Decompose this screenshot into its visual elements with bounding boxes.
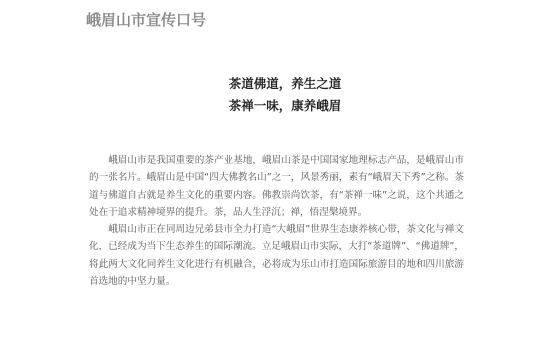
body-text: 峨眉山市是我国重要的茶产业基地，峨眉山茶是中国国家地理标志产品，是峨眉山市的一张… (89, 152, 464, 290)
document-title: 峨眉山市宣传口号 (86, 9, 206, 30)
slogan-line-2: 茶禅一味，康养峨眉 (30, 95, 540, 117)
slogan-line-1: 茶道佛道，养生之道 (30, 73, 540, 95)
slogan-block: 茶道佛道，养生之道 茶禅一味，康养峨眉 (0, 73, 540, 117)
paragraph-2: 峨眉山市正在同周边兄弟县市全力打造“大峨眉”世界生态康养核心带，茶文化与禅文化，… (89, 221, 464, 290)
paragraph-1: 峨眉山市是我国重要的茶产业基地，峨眉山茶是中国国家地理标志产品，是峨眉山市的一张… (89, 152, 464, 221)
